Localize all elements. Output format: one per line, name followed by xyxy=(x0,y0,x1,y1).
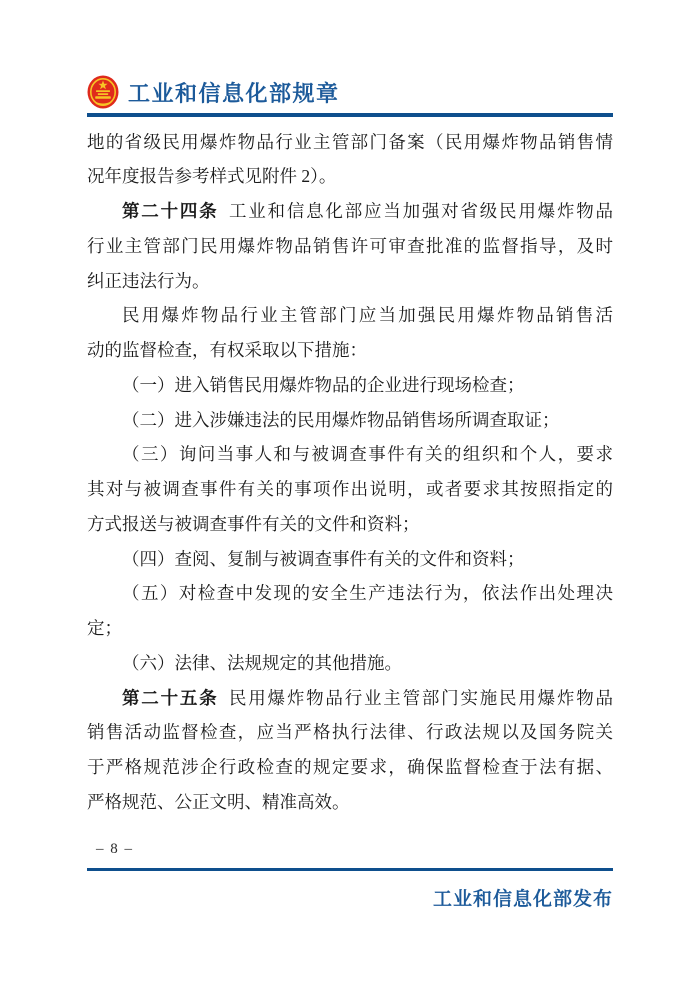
body-line: 定； xyxy=(87,611,613,646)
line-text: 民用爆炸物品行业主管部门应当加强民用爆炸物品销售活 xyxy=(122,305,613,325)
body-line: 行业主管部门民用爆炸物品销售许可审查批准的监督指导，及时 xyxy=(87,229,613,264)
line-text: （六）法律、法规规定的其他措施。 xyxy=(122,653,402,673)
line-text: 定； xyxy=(87,618,122,638)
body-line: （一）进入销售民用爆炸物品的企业进行现场检查； xyxy=(87,368,613,403)
line-text: 行业主管部门民用爆炸物品销售许可审查批准的监督指导，及时 xyxy=(87,236,613,256)
document-page: 工业和信息化部规章 地的省级民用爆炸物品行业主管部门备案（民用爆炸物品销售情况年… xyxy=(0,0,700,990)
body-line: 动的监督检查，有权采取以下措施： xyxy=(87,333,613,368)
body-line: （三）询问当事人和与被调查事件有关的组织和个人，要求 xyxy=(87,437,613,472)
article-number: 第二十五条 xyxy=(122,688,218,708)
line-text: （二）进入涉嫌违法的民用爆炸物品销售场所调查取证； xyxy=(122,410,560,430)
line-text: （四）查阅、复制与被调查事件有关的文件和资料； xyxy=(122,549,525,569)
body-line: 第二十五条民用爆炸物品行业主管部门实施民用爆炸物品 xyxy=(87,681,613,716)
line-text: 其对与被调查事件有关的事项作出说明，或者要求其按照指定的 xyxy=(87,479,613,499)
body-line: 地的省级民用爆炸物品行业主管部门备案（民用爆炸物品销售情 xyxy=(87,125,613,160)
line-text: 于严格规范涉企行政检查的规定要求，确保监督检查于法有据、 xyxy=(87,757,613,777)
body-line: （五）对检查中发现的安全生产违法行为，依法作出处理决 xyxy=(87,576,613,611)
body-line: 第二十四条工业和信息化部应当加强对省级民用爆炸物品 xyxy=(87,194,613,229)
national-emblem-icon xyxy=(87,75,119,109)
document-header: 工业和信息化部规章 xyxy=(87,75,613,109)
line-text: 动的监督检查，有权采取以下措施： xyxy=(87,340,367,360)
line-text: 严格规范、公正文明、精准高效。 xyxy=(87,792,350,812)
body-line: 严格规范、公正文明、精准高效。 xyxy=(87,785,613,820)
body-line: （四）查阅、复制与被调查事件有关的文件和资料； xyxy=(87,542,613,577)
line-text: 况年度报告参考样式见附件 2）。 xyxy=(87,166,336,186)
body-line: 方式报送与被调查事件有关的文件和资料； xyxy=(87,507,613,542)
line-text: 纠正违法行为。 xyxy=(87,271,210,291)
line-text: 工业和信息化部应当加强对省级民用爆炸物品 xyxy=(229,201,613,221)
line-text: 方式报送与被调查事件有关的文件和资料； xyxy=(87,514,420,534)
publisher-label: 工业和信息化部发布 xyxy=(433,884,613,911)
body-line: （六）法律、法规规定的其他措施。 xyxy=(87,646,613,681)
line-text: （五）对检查中发现的安全生产违法行为，依法作出处理决 xyxy=(122,583,613,603)
body-line: 况年度报告参考样式见附件 2）。 xyxy=(87,159,613,194)
line-text: 民用爆炸物品行业主管部门实施民用爆炸物品 xyxy=(229,688,613,708)
line-text: 销售活动监督检查，应当严格执行法律、行政法规以及国务院关 xyxy=(87,722,613,742)
body-line: 民用爆炸物品行业主管部门应当加强民用爆炸物品销售活 xyxy=(87,298,613,333)
body-line: 销售活动监督检查，应当严格执行法律、行政法规以及国务院关 xyxy=(87,715,613,750)
page-number: – 8 – xyxy=(96,841,134,858)
header-divider xyxy=(87,113,613,117)
body-line: 于严格规范涉企行政检查的规定要求，确保监督检查于法有据、 xyxy=(87,750,613,785)
body-line: （二）进入涉嫌违法的民用爆炸物品销售场所调查取证； xyxy=(87,403,613,438)
line-text: （三）询问当事人和与被调查事件有关的组织和个人，要求 xyxy=(122,444,613,464)
line-text: 地的省级民用爆炸物品行业主管部门备案（民用爆炸物品销售情 xyxy=(87,132,613,152)
document-body: 地的省级民用爆炸物品行业主管部门备案（民用爆炸物品销售情况年度报告参考样式见附件… xyxy=(87,125,613,820)
body-line: 其对与被调查事件有关的事项作出说明，或者要求其按照指定的 xyxy=(87,472,613,507)
line-text: （一）进入销售民用爆炸物品的企业进行现场检查； xyxy=(122,375,525,395)
body-line: 纠正违法行为。 xyxy=(87,264,613,299)
header-title: 工业和信息化部规章 xyxy=(128,77,340,108)
footer-divider xyxy=(87,868,613,871)
article-number: 第二十四条 xyxy=(122,201,218,221)
